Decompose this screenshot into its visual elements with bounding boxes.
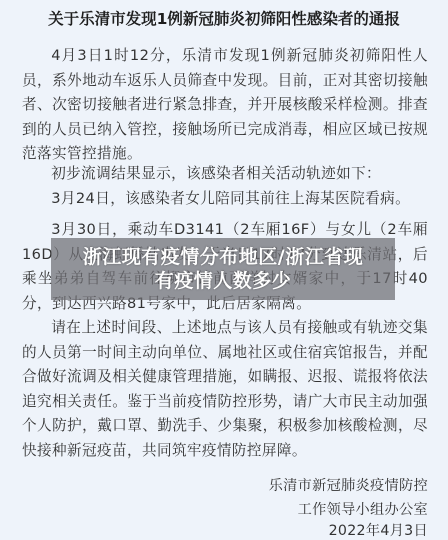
- headline-overlay-banner: 浙江现有疫情分布地区/浙江省现 有疫情人数多少: [51, 238, 395, 300]
- signature-org-line2: 工作领导小组办公室: [298, 499, 428, 519]
- paragraph-public-advice: 请在上述时间段、上述地点与该人员有接触或有轨迹交集的人员第一时间主动向单位、属地…: [22, 316, 428, 463]
- paragraph-march-24: 3月24日，该感染者女儿陪同其前往上海某医院看病。: [22, 187, 428, 212]
- paragraph-announcement: 4月3日1时12分，乐清市发现1例新冠肺炎初筛阳性人员，系外地动车返乐人员筛查中…: [22, 44, 428, 167]
- document-title: 关于乐清市发现1例新冠肺炎初筛阳性感染者的通报: [0, 7, 448, 29]
- signature-date: 2022年4月3日: [329, 520, 428, 540]
- paragraph-investigation-intro: 初步流调结果显示，该感染者相关活动轨迹如下：: [22, 162, 428, 187]
- overlay-headline-line1: 浙江现有疫情分布地区/浙江省现: [83, 245, 363, 269]
- overlay-headline-line2: 有疫情人数多少: [155, 269, 292, 293]
- signature-org-line1: 乐清市新冠肺炎疫情防控: [269, 475, 428, 495]
